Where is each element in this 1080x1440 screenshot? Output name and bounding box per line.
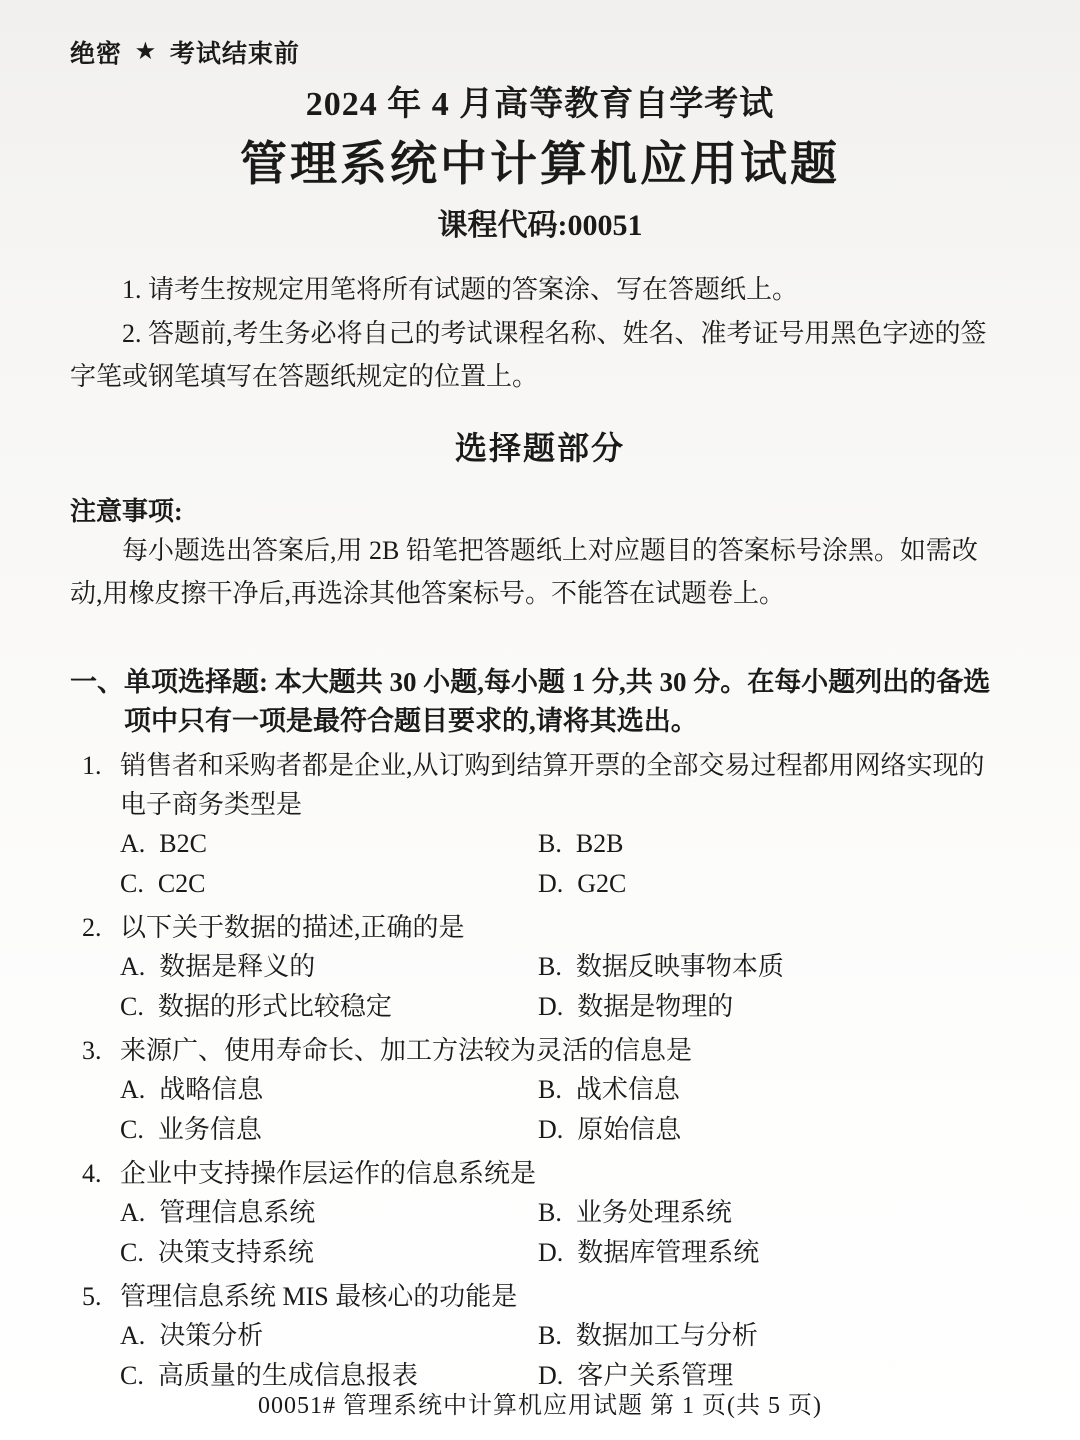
- option: A.战略信息: [120, 1070, 538, 1110]
- option: B.数据反映事物本质: [538, 947, 1010, 987]
- option: C.数据的形式比较稳定: [120, 987, 538, 1027]
- option: D.原始信息: [538, 1110, 1010, 1150]
- exam-session-title: 2024 年 4 月高等教育自学考试: [70, 76, 1010, 125]
- option: A.管理信息系统: [120, 1193, 538, 1233]
- option: C.C2C: [120, 864, 538, 904]
- option-text: 数据反映事物本质: [576, 947, 784, 987]
- instruction-item: 2. 答题前,考生务必将自己的考试课程名称、姓名、准考证号用黑色字迹的签字笔或钢…: [70, 312, 1010, 399]
- question-text: 管理信息系统 MIS 最核心的功能是: [120, 1277, 1010, 1316]
- option: B.业务处理系统: [538, 1193, 1010, 1233]
- exam-page: 绝密 ★ 考试结束前 2024 年 4 月高等教育自学考试 管理系统中计算机应用…: [0, 0, 1080, 1440]
- part-description: 单项选择题: 本大题共 30 小题,每小题 1 分,共 30 分。在每小题列出的…: [124, 663, 1010, 741]
- exam-timing-label: 考试结束前: [170, 34, 300, 70]
- question-options: A.战略信息 B.战术信息 C.业务信息 D.原始信息: [70, 1070, 1010, 1150]
- option-text: B2B: [576, 824, 624, 864]
- question: 2. 以下关于数据的描述,正确的是 A.数据是释义的 B.数据反映事物本质 C.…: [70, 908, 1010, 1027]
- notes-body: 每小题选出答案后,用 2B 铅笔把答题纸上对应题目的答案标号涂黑。如需改动,用橡…: [70, 530, 1010, 615]
- option: D.数据库管理系统: [538, 1233, 1010, 1273]
- option-text: 决策支持系统: [158, 1233, 314, 1273]
- option-text: C2C: [158, 864, 206, 904]
- course-code: 课程代码:00051: [70, 200, 1010, 244]
- question-number: 5.: [82, 1277, 120, 1316]
- question-number: 4.: [82, 1154, 120, 1193]
- option: D.数据是物理的: [538, 987, 1010, 1027]
- option-text: 管理信息系统: [159, 1193, 315, 1233]
- option: C.业务信息: [120, 1110, 538, 1150]
- question-number: 3.: [82, 1031, 120, 1070]
- option-text: 战略信息: [159, 1070, 263, 1110]
- instruction-item: 1. 请考生按规定用笔将所有试题的答案涂、写在答题纸上。: [70, 268, 1010, 312]
- option-text: 数据是物理的: [577, 987, 733, 1027]
- part-number: 一、: [70, 663, 124, 741]
- option-text: 原始信息: [577, 1110, 681, 1150]
- secrecy-label: 绝密: [70, 34, 122, 70]
- option: A.决策分析: [120, 1316, 538, 1356]
- option: A.B2C: [120, 824, 538, 864]
- question: 4. 企业中支持操作层运作的信息系统是 A.管理信息系统 B.业务处理系统 C.…: [70, 1154, 1010, 1273]
- option: B.B2B: [538, 824, 1010, 864]
- option-label: B.: [538, 1070, 562, 1110]
- secrecy-banner: 绝密 ★ 考试结束前: [70, 34, 1010, 70]
- option-label: C.: [120, 987, 144, 1027]
- option-text: 业务处理系统: [576, 1193, 732, 1233]
- exam-paper-title: 管理系统中计算机应用试题: [70, 127, 1010, 194]
- question-text: 来源广、使用寿命长、加工方法较为灵活的信息是: [120, 1031, 1010, 1070]
- option-label: B.: [538, 1316, 562, 1356]
- option-text: 数据库管理系统: [577, 1233, 759, 1273]
- option-text: 决策分析: [159, 1316, 263, 1356]
- option-label: A.: [120, 1193, 145, 1233]
- option-label: D.: [538, 1233, 563, 1273]
- option-label: A.: [120, 1070, 145, 1110]
- option-label: C.: [120, 864, 144, 904]
- option-label: D.: [538, 864, 563, 904]
- notes-heading: 注意事项:: [70, 491, 1010, 528]
- star-icon: ★: [136, 39, 156, 64]
- option-text: 数据加工与分析: [576, 1316, 758, 1356]
- question-text: 企业中支持操作层运作的信息系统是: [120, 1154, 1010, 1193]
- paper-header: 2024 年 4 月高等教育自学考试 管理系统中计算机应用试题 课程代码:000…: [70, 76, 1010, 244]
- question-text: 以下关于数据的描述,正确的是: [120, 908, 1010, 947]
- option-label: D.: [538, 987, 563, 1027]
- question-text: 销售者和采购者都是企业,从订购到结算开票的全部交易过程都用网络实现的电子商务类型…: [120, 746, 1010, 824]
- option-text: 战术信息: [576, 1070, 680, 1110]
- option-label: B.: [538, 1193, 562, 1233]
- part-heading: 一、 单项选择题: 本大题共 30 小题,每小题 1 分,共 30 分。在每小题…: [70, 663, 1010, 741]
- option: D.G2C: [538, 864, 1010, 904]
- option-label: C.: [120, 1233, 144, 1273]
- question-number: 1.: [82, 746, 120, 824]
- option: A.数据是释义的: [120, 947, 538, 987]
- question-options: A.B2C B.B2B C.C2C D.G2C: [70, 824, 1010, 904]
- question: 5. 管理信息系统 MIS 最核心的功能是 A.决策分析 B.数据加工与分析 C…: [70, 1277, 1010, 1396]
- option-label: A.: [120, 824, 145, 864]
- question-options: A.管理信息系统 B.业务处理系统 C.决策支持系统 D.数据库管理系统: [70, 1193, 1010, 1273]
- question: 1. 销售者和采购者都是企业,从订购到结算开票的全部交易过程都用网络实现的电子商…: [70, 746, 1010, 904]
- question-number: 2.: [82, 908, 120, 947]
- option: C.决策支持系统: [120, 1233, 538, 1273]
- option-label: C.: [120, 1110, 144, 1150]
- question: 3. 来源广、使用寿命长、加工方法较为灵活的信息是 A.战略信息 B.战术信息 …: [70, 1031, 1010, 1150]
- option-label: A.: [120, 1316, 145, 1356]
- option-label: B.: [538, 947, 562, 987]
- question-options: A.数据是释义的 B.数据反映事物本质 C.数据的形式比较稳定 D.数据是物理的: [70, 947, 1010, 1027]
- question-options: A.决策分析 B.数据加工与分析 C.高质量的生成信息报表 D.客户关系管理: [70, 1316, 1010, 1396]
- section-title: 选择题部分: [70, 423, 1010, 469]
- option-text: B2C: [159, 824, 207, 864]
- option-text: 业务信息: [158, 1110, 262, 1150]
- option-label: D.: [538, 1110, 563, 1150]
- option-label: B.: [538, 824, 562, 864]
- option-text: 数据的形式比较稳定: [158, 987, 392, 1027]
- option: B.战术信息: [538, 1070, 1010, 1110]
- option: B.数据加工与分析: [538, 1316, 1010, 1356]
- page-footer: 00051# 管理系统中计算机应用试题 第 1 页(共 5 页): [0, 1385, 1080, 1420]
- option-text: G2C: [577, 864, 626, 904]
- option-text: 数据是释义的: [159, 947, 315, 987]
- option-label: A.: [120, 947, 145, 987]
